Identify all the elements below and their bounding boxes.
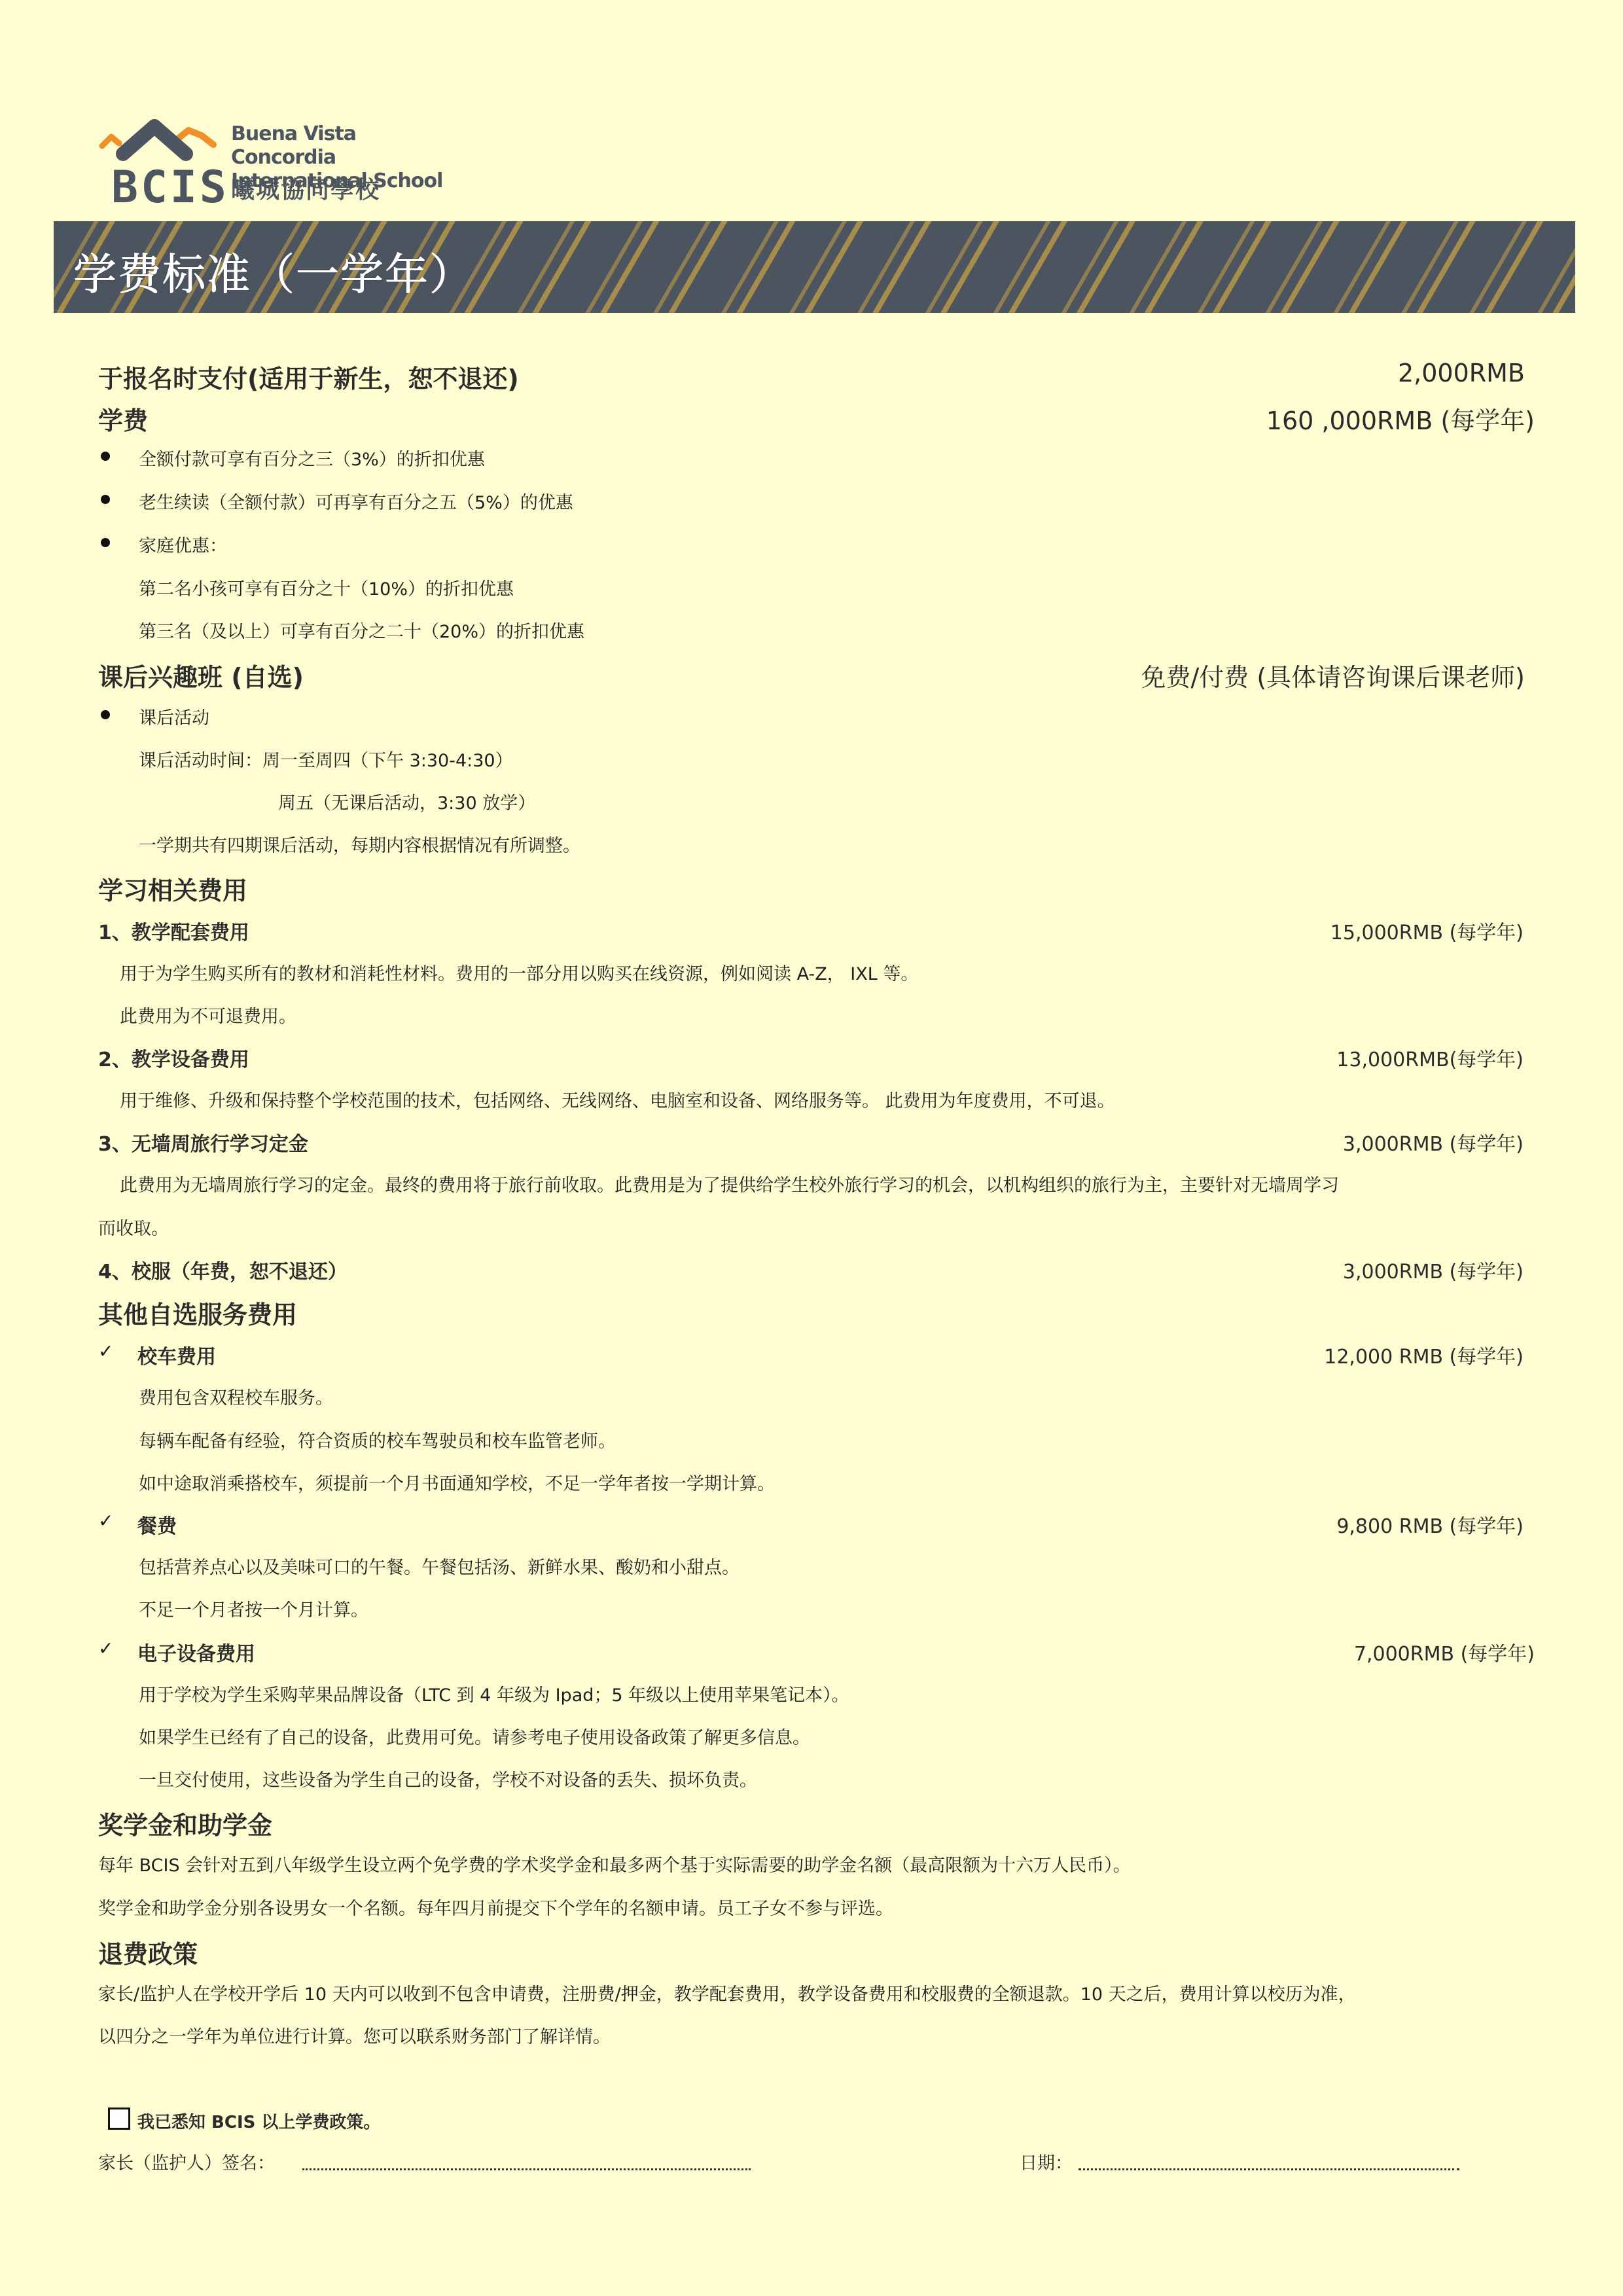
tuition-amount: 160 ,000RMB (每学年) bbox=[1266, 401, 1535, 437]
refund-policy-label: 退费政策 bbox=[98, 1934, 198, 1970]
school-logo: BCIS Buena Vista Concordia International… bbox=[97, 115, 463, 209]
study-fee-title-3: 3、无墙周旅行学习定金 bbox=[98, 1128, 308, 1157]
study-fee-desc-3b: 而收取。 bbox=[98, 1214, 169, 1240]
family-discount-line-2: 第三名（及以上）可享有百分之二十（20%）的折扣优惠 bbox=[139, 617, 584, 643]
scholarship-line-2: 奖学金和助学金分别各设男女一个名额。每年四月前提交下个学年的名额申请。员工子女不… bbox=[98, 1894, 893, 1920]
date-label: 日期： bbox=[1020, 2149, 1073, 2174]
tuition-bullet-1: 全额付款可享有百分之三（3%）的折扣优惠 bbox=[139, 445, 485, 471]
device-fee-desc-3: 一旦交付使用，这些设备为学生自己的设备，学校不对设备的丢失、损坏负责。 bbox=[139, 1766, 757, 1791]
device-fee-desc-2: 如果学生已经有了自己的设备，此费用可免。请参考电子使用设备政策了解更多信息。 bbox=[139, 1723, 810, 1749]
parent-signature-label: 家长（监护人）签名： bbox=[98, 2149, 275, 2174]
scholarship-label: 奖学金和助学金 bbox=[98, 1805, 272, 1841]
check-icon: ✓ bbox=[98, 1510, 113, 1532]
parent-signature-field[interactable] bbox=[302, 2168, 751, 2170]
bus-fee-title: 校车费用 bbox=[137, 1340, 216, 1369]
meal-fee-amount: 9,800 RMB (每学年) bbox=[1336, 1510, 1524, 1539]
study-fee-desc-1b: 此费用为不可退费用。 bbox=[120, 1002, 296, 1028]
refund-line-1: 家长/监护人在学校开学后 10 天内可以收到不包含申请费，注册费/押金，教学配套… bbox=[98, 1980, 1356, 2005]
study-fee-title-4: 4、校服（年费，恕不退还） bbox=[98, 1255, 348, 1284]
scholarship-line-1: 每年 BCIS 会针对五到八年级学生设立两个免学费的学术奖学金和最多两个基于实际… bbox=[98, 1851, 1131, 1876]
device-fee-amount: 7,000RMB (每学年) bbox=[1354, 1638, 1535, 1666]
school-name-chinese: 曦城協同學校 bbox=[231, 171, 380, 205]
device-fee-desc-1: 用于学校为学生采购苹果品牌设备（LTC 到 4 年级为 Ipad；5 年级以上使… bbox=[139, 1681, 849, 1706]
study-fee-amount-3: 3,000RMB (每学年) bbox=[1343, 1128, 1524, 1157]
study-fee-amount-4: 3,000RMB (每学年) bbox=[1343, 1255, 1524, 1284]
tuition-bullet-3: 家庭优惠： bbox=[139, 531, 227, 557]
optional-services-label: 其他自选服务费用 bbox=[98, 1295, 297, 1331]
mountain-logo-icon bbox=[97, 115, 228, 167]
date-field[interactable] bbox=[1079, 2168, 1459, 2170]
afterschool-label: 课后兴趣班 (自选) bbox=[98, 657, 304, 693]
bus-fee-amount: 12,000 RMB (每学年) bbox=[1324, 1340, 1524, 1369]
family-discount-line-1: 第二名小孩可享有百分之十（10%）的折扣优惠 bbox=[139, 575, 514, 600]
device-fee-title: 电子设备费用 bbox=[137, 1638, 255, 1666]
acknowledge-checkbox[interactable] bbox=[108, 2108, 130, 2130]
study-fee-title-2: 2、教学设备费用 bbox=[98, 1043, 249, 1072]
afterschool-friday: 周五（无课后活动，3:30 放学） bbox=[278, 789, 535, 814]
enrollment-fee-label: 于报名时支付(适用于新生，恕不退还) bbox=[98, 359, 519, 395]
study-fee-desc-1a: 用于为学生购买所有的教材和消耗性材料。费用的一部分用以购买在线资源，例如阅读 A… bbox=[120, 960, 918, 985]
acknowledge-label: 我已悉知 BCIS 以上学费政策。 bbox=[137, 2109, 380, 2133]
check-icon: ✓ bbox=[98, 1638, 113, 1659]
refund-line-2: 以四分之一学年为单位进行计算。您可以联系财务部门了解详情。 bbox=[98, 2022, 611, 2048]
study-fees-label: 学习相关费用 bbox=[98, 870, 247, 906]
logo-abbreviation: BCIS bbox=[111, 166, 229, 210]
bus-fee-desc-3: 如中途取消乘搭校车，须提前一个月书面通知学校，不足一学年者按一学期计算。 bbox=[139, 1469, 775, 1495]
meal-fee-desc-2: 不足一个月者按一个月计算。 bbox=[139, 1596, 368, 1621]
bus-fee-desc-1: 费用包含双程校车服务。 bbox=[139, 1384, 333, 1409]
page-title: 学费标准（一学年） bbox=[73, 240, 474, 302]
meal-fee-title: 餐费 bbox=[137, 1510, 177, 1539]
study-fee-desc-2: 用于维修、升级和保持整个学校范围的技术，包括网络、无线网络、电脑室和设备、网络服… bbox=[120, 1086, 1115, 1112]
afterschool-note: 一学期共有四期课后活动，每期内容根据情况有所调整。 bbox=[139, 831, 580, 857]
tuition-label: 学费 bbox=[98, 401, 148, 437]
study-fee-desc-3a: 此费用为无墙周旅行学习的定金。最终的费用将于旅行前收取。此费用是为了提供给学生校… bbox=[120, 1171, 1339, 1196]
afterschool-time: 课后活动时间：周一至周四（下午 3:30-4:30） bbox=[139, 746, 513, 772]
school-name-line1: Buena Vista Concordia bbox=[231, 122, 463, 170]
afterschool-amount: 免费/付费 (具体请咨询课后课老师) bbox=[1141, 657, 1525, 693]
tuition-bullet-2: 老生续读（全额付款）可再享有百分之五（5%）的优惠 bbox=[139, 488, 573, 514]
bus-fee-desc-2: 每辆车配备有经验，符合资质的校车驾驶员和校车监管老师。 bbox=[139, 1427, 616, 1452]
afterschool-bullet: 课后活动 bbox=[139, 704, 209, 729]
enrollment-fee-amount: 2,000RMB bbox=[1398, 359, 1525, 387]
study-fee-amount-1: 15,000RMB (每学年) bbox=[1330, 916, 1524, 945]
study-fee-title-1: 1、教学配套费用 bbox=[98, 916, 249, 945]
meal-fee-desc-1: 包括营养点心以及美味可口的午餐。午餐包括汤、新鲜水果、酸奶和小甜点。 bbox=[139, 1553, 740, 1579]
title-banner: 学费标准（一学年） bbox=[54, 221, 1575, 313]
check-icon: ✓ bbox=[98, 1340, 113, 1362]
study-fee-amount-2: 13,000RMB(每学年) bbox=[1336, 1043, 1524, 1072]
